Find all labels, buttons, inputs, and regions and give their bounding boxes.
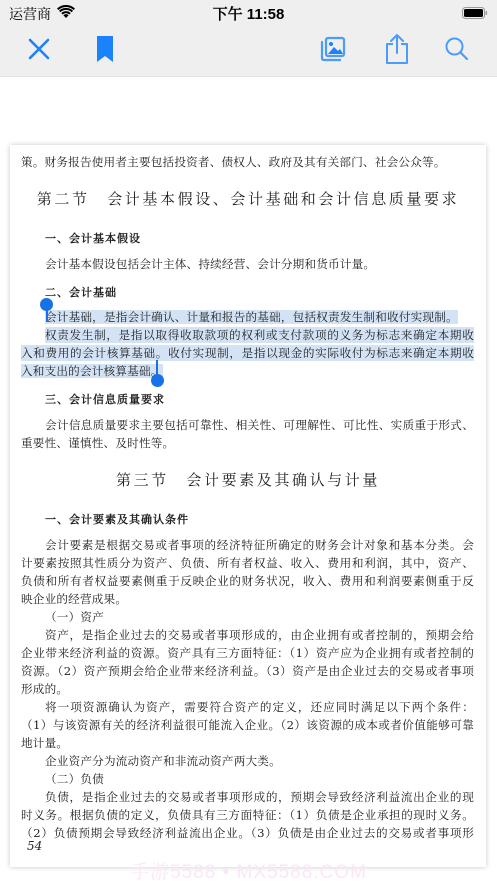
clock: 下午 11:58: [0, 3, 497, 24]
selected-text-line[interactable]: 会计基础，是指会计确认、计量和报告的基础，包括权责发生制和收付实现制。: [45, 310, 458, 324]
thumbnails-button[interactable]: [318, 36, 348, 66]
body-text: 重要性、谨慎性、及时性等。: [21, 435, 474, 451]
body-text: 企业资产分为流动资产和非流动资产两大类。: [45, 753, 474, 769]
selected-text[interactable]: 入和支出的会计核算基础。: [21, 363, 474, 379]
body-text: 时义务。根据负债的定义，负债具有三方面特征：（1）负债是企业承担的现时义务。: [21, 807, 474, 823]
item-heading: （二）负债: [45, 771, 474, 787]
selected-text-line[interactable]: 入和费用的会计核算基础。收付实现制，是指以现金的实际收付为标志来确定本期收: [21, 345, 474, 361]
battery-full-icon: [462, 6, 488, 18]
subsection-heading: 一、会计基本假设: [45, 230, 141, 246]
section-heading: 第二节 会计基本假设、会计基础和会计信息质量要求: [10, 188, 486, 209]
subsection-heading: 一、会计要素及其确认条件: [45, 511, 189, 527]
body-text: 地计量。: [21, 735, 474, 751]
watermark: 手游5588 • MX5588.COM: [0, 857, 497, 883]
document-viewer[interactable]: 策。财务报告使用者主要包括投资者、债权人、政府及其有关部门、社会公众等。 第二节…: [0, 77, 497, 883]
subsection-heading: 二、会计基础: [45, 284, 117, 300]
body-text: 形成的。: [21, 681, 474, 697]
subsection-heading: 三、会计信息质量要求: [45, 391, 165, 407]
share-icon: [384, 33, 410, 70]
close-button[interactable]: [24, 36, 54, 66]
selection-end-handle[interactable]: [151, 374, 164, 387]
body-text: 映企业的经营成果。: [21, 591, 474, 607]
selected-text-line[interactable]: 权责发生制，是指以取得收取款项的权利或支付款项的义务为标志来确定本期收: [45, 327, 474, 343]
body-text: 负债和所有者权益要素侧重于反映企业的财务状况，收入、费用和利润要素侧重于反: [21, 573, 474, 589]
close-icon: [27, 37, 51, 66]
body-text: 会计基本假设包括会计主体、持续经营、会计分期和货币计量。: [45, 256, 474, 272]
status-bar: 运营商 下午 11:58: [0, 0, 497, 26]
body-text: 资源。（2）资产预期会给企业带来经济利益。（3）资产是由企业过去的交易或者事项: [21, 663, 474, 679]
body-text: （2）负债预期会导致经济利益流出企业。（3）负债是由企业过去的交易或者事项形: [21, 825, 474, 841]
body-text: 会计要素是根据交易或者事项的经济特征所确定的财务会计对象和基本分类。会: [45, 537, 474, 553]
bookmark-button[interactable]: [90, 36, 120, 66]
page-number: 54: [27, 839, 42, 853]
body-text: 资产，是指企业过去的交易或者事项形成的，由企业拥有或者控制的，预期会给: [45, 627, 474, 643]
selection-start-caret: [46, 305, 48, 322]
section-heading: 第三节 会计要素及其确认与计量: [10, 469, 486, 490]
selected-text[interactable]: 会计基础，是指会计确认、计量和报告的基础，包括权责发生制和收付实现制。: [45, 309, 462, 325]
pdf-page[interactable]: 策。财务报告使用者主要包括投资者、债权人、政府及其有关部门、社会公众等。 第二节…: [10, 145, 486, 867]
item-heading: （一）资产: [45, 609, 474, 625]
body-text: 计要素按照其性质分为资产、负债、所有者权益、收入、费用和利润，其中，资产、: [21, 555, 474, 571]
body-text: 将一项资源确认为资产，需要符合资产的定义，还应同时满足以下两个条件：: [45, 699, 474, 715]
bookmark-icon: [96, 35, 114, 68]
search-button[interactable]: [442, 36, 472, 66]
share-button[interactable]: [382, 36, 412, 66]
body-text: 策。财务报告使用者主要包括投资者、债权人、政府及其有关部门、社会公众等。: [21, 154, 440, 170]
body-text: 负债，是指企业过去的交易或者事项形成的，预期会导致经济利益流出企业的现: [45, 789, 474, 805]
selected-text-line[interactable]: 入和支出的会计核算基础。: [21, 364, 163, 378]
body-text: 企业带来经济利益的资源。资产具有三方面特征：（1）资产应为企业拥有或者控制的: [21, 645, 474, 661]
photo-stack-icon: [319, 35, 347, 68]
reader-toolbar: [0, 26, 497, 77]
body-text: （1）与该资源有关的经济利益很可能流入企业。（2）该资源的成本或者价值能够可靠: [21, 717, 474, 733]
body-text: 会计信息质量要求主要包括可靠性、相关性、可理解性、可比性、实质重于形式、: [45, 417, 474, 433]
search-icon: [444, 36, 470, 67]
